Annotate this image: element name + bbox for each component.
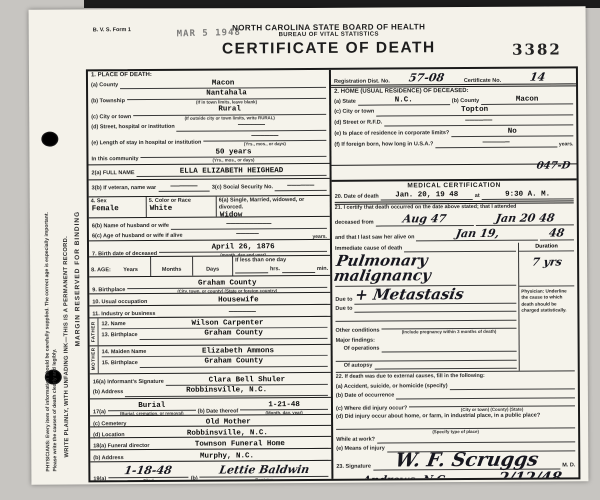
registration-district-value: 57-08: [408, 72, 445, 83]
medical-certification-heading: MEDICAL CERTIFICATION: [332, 180, 577, 189]
last-alive-value: Jan 19,: [455, 228, 500, 239]
age-min-blank: [282, 266, 315, 273]
spouse-age-value: —————: [184, 230, 310, 240]
township-label: (b) Township: [91, 98, 125, 105]
while-at-work-label: While at work?: [336, 437, 375, 444]
section-residence: 2. HOME (USUAL RESIDENCE) OF DECEASED: (…: [331, 86, 576, 165]
mother-birthplace-label: 15. Birthplace: [102, 360, 138, 367]
mother-name-value: Elizabeth Ammons: [148, 346, 327, 355]
certify-from-label: deceased from: [335, 220, 374, 227]
city-label: (c) City or town: [91, 114, 131, 121]
external-d-note: (Specify type of place): [336, 429, 575, 436]
operations-label: Of operations: [344, 346, 380, 353]
full-name-value: ELLA ELIZABETH HEIGHEAD: [137, 166, 327, 176]
age-months-label: Months: [162, 267, 182, 273]
punch-hole: [41, 132, 58, 147]
autopsy-label: Of autopsy: [344, 363, 373, 370]
certificate-form: 1. PLACE OF DEATH: (a) County Macon (b) …: [86, 66, 581, 482]
major-findings-label: Major findings:: [336, 336, 517, 344]
residence-county-label: (b) County: [452, 98, 480, 105]
veteran-label: 3(b) If veteran, name war: [92, 185, 157, 193]
race-cell: 5. Color or Race White: [147, 197, 217, 217]
scanned-certificate-root: MARGIN RESERVED FOR BINDING WRITE PLAINL…: [0, 0, 600, 500]
external-a-label: (a) Accident, suicide, or homicide (spec…: [336, 383, 448, 391]
other-conditions-note: (Include pregnancy within 3 months of de…: [382, 329, 517, 335]
father-name-label: 12. Name: [101, 321, 125, 328]
registrar-note: Register: [200, 477, 329, 481]
left-column: 1. PLACE OF DEATH: (a) County Macon (b) …: [88, 70, 333, 480]
certificate-paper: MARGIN RESERVED FOR BINDING WRITE PLAINL…: [29, 6, 589, 484]
physician-signature-label: 23. Signature: [336, 463, 371, 470]
cause-extra-blank: [335, 313, 516, 321]
street-value: ——————: [177, 121, 327, 131]
place-of-death-heading: 1. PLACE OF DEATH:: [91, 71, 326, 78]
age-years-cell: 8. AGE: Years 71: [89, 257, 151, 276]
mother-side-label: MOTHER: [90, 346, 99, 373]
father-side-label: FATHER: [89, 318, 98, 345]
residence-corporate-value: No: [451, 127, 573, 137]
row-age: 8. AGE: Years 71 Months 8 Days 24 If les…: [89, 256, 330, 277]
burial-type-value: Burial: [108, 401, 196, 411]
residence-foreign-value: ——————: [435, 138, 557, 148]
attended-to-value: Jan 20 48: [495, 213, 555, 224]
section-place-of-death: 1. PLACE OF DEATH: (a) County Macon (b) …: [88, 70, 330, 165]
county-label: (a) County: [91, 82, 118, 89]
certify-last-label: and that I last saw her alive on: [335, 234, 415, 242]
age-days-label: Days: [206, 267, 219, 273]
death-at-label: at: [475, 193, 480, 200]
residence-city-label: (c) City or town: [334, 109, 374, 116]
death-date-value: Jan. 20, 19 48: [381, 190, 473, 200]
burial-date-value: 1-21-48: [240, 400, 328, 410]
section-informant: 16(a) Informant's Signature Clara Bell S…: [90, 373, 331, 399]
funeral-director-label: 18(a) Funeral director: [93, 443, 149, 450]
informant-address-value: Robbinsville, N.C.: [125, 386, 328, 396]
gap-row: 047-D: [332, 164, 577, 179]
row-sex-race-marital: 4. Sex Female 5. Color or Race White 6(a…: [89, 196, 330, 218]
residence-state-label: (a) State: [334, 98, 356, 105]
certificate-title: CERTIFICATE OF DEATH: [149, 39, 509, 59]
margin-binding-text: MARGIN RESERVED FOR BINDING: [74, 211, 82, 347]
row-birthplace: 9. Birthplace Graham County (City, town,…: [89, 276, 330, 294]
filed-date-value: 1-18-48: [124, 464, 173, 475]
age-less-label: If less than one day: [235, 257, 328, 265]
form-number: B. V. S. Form 1: [93, 27, 131, 33]
residence-county-value: Macon: [481, 95, 573, 105]
age-hrs-label: hrs.: [270, 266, 280, 273]
last-alive-year-value: 48: [548, 227, 565, 238]
section-medical-certification: MEDICAL CERTIFICATION 20. Date of death …: [332, 178, 579, 478]
father-birthplace-label: 13. Birthplace: [102, 332, 138, 339]
residence-corporate-label: (e) Is place of residence in corporate l…: [334, 130, 449, 138]
bureau-name: BUREAU OF VITAL STATISTICS: [149, 31, 509, 39]
section-mother: MOTHER 14. Maiden Name Elizabeth Ammons …: [90, 345, 331, 374]
mother-name-label: 14. Maiden Name: [102, 349, 147, 356]
margin-physicians-text: PHYSICIANS: Every item of information sh…: [44, 212, 52, 472]
registrar-signature: Lettie Baldwin: [218, 463, 310, 475]
due-to-blank-2: [354, 305, 516, 313]
marital-value: Widow: [219, 211, 328, 216]
md-label: M. D.: [562, 462, 575, 469]
street-label: (d) Street, hospital or institution: [91, 124, 174, 132]
community-label: In this community: [91, 157, 138, 164]
sex-value: Female: [91, 205, 144, 214]
attended-from-value: Aug 47: [402, 213, 447, 224]
row-burial: 17(a) Burial (Burial, cremation, or remo…: [90, 398, 331, 416]
row-birth-date: 7. Birth date of deceased April 26, 1876…: [89, 240, 330, 257]
due-to-label-2: Due to: [335, 306, 352, 313]
physician-address-value: Andrews, N.C.: [362, 475, 450, 479]
external-a-blank: [449, 382, 574, 390]
age-months-cell: Months 8: [151, 257, 193, 276]
certificate-header: NORTH CAROLINA STATE BOARD OF HEALTH BUR…: [149, 22, 509, 59]
occupation-label: 10. Usual occupation: [92, 299, 147, 306]
residence-state-value: N.C.: [358, 96, 450, 106]
physician-underline-note: Physician: Underline the cause to which …: [519, 286, 574, 316]
race-value: White: [149, 205, 214, 214]
age-min-label: min.: [317, 266, 328, 273]
operations-blank-2: [336, 354, 517, 362]
external-b-label: (b) Date of occurrence: [336, 392, 394, 399]
informant-address-label: (b) Address: [93, 389, 123, 396]
full-name-label: 2(a) FULL NAME: [92, 170, 135, 177]
spouse-value: ——————————: [171, 219, 327, 229]
age-less-cell: If less than one day hrs. min.: [233, 256, 330, 276]
residence-street-label: (d) Street or R.F.D.: [334, 120, 382, 127]
external-d-label: (d) Did injury occur about home, or farm…: [336, 412, 575, 422]
external-b-blank: [396, 391, 575, 399]
filed-note: Filed: [108, 477, 188, 480]
section-father: FATHER 12. Name Wilson Carpenter 13. Bir…: [89, 317, 330, 346]
marital-label: 6(a) Single, Married, widowed, or divorc…: [219, 197, 328, 212]
spouse-age-suffix: years.: [312, 233, 327, 239]
age-years-label: Years: [123, 267, 138, 273]
veteran-value: ——————: [158, 182, 210, 192]
margin-please-write-text: Please write the causes of death clearly…: [52, 349, 59, 472]
other-conditions-label: Other conditions: [336, 328, 380, 335]
operations-blank: [381, 345, 516, 353]
row-spouse: 6(b) Name of husband or wife —————————— …: [89, 217, 330, 241]
duration-label: Duration: [519, 243, 574, 252]
industry-label: 11. Industry or business: [92, 311, 155, 319]
death-date-label: 20. Date of death: [335, 193, 379, 200]
informant-signature-value: Clara Bell Shuler: [166, 375, 328, 385]
physician-signature-value: W. F. Scruggs: [394, 452, 539, 468]
death-time-value: 9:30 A. M.: [482, 190, 574, 200]
residence-foreign-label: (f) If foreign born, how long in U.S.A.?: [334, 141, 433, 149]
father-birthplace-value: Graham County: [140, 329, 328, 339]
residence-city-value: Topton: [376, 106, 573, 116]
ssn-label: 3(c) Social Security No.: [212, 184, 273, 192]
duration-sidebar: Duration 7 yrs Physician: Underline the …: [518, 243, 575, 372]
date-signed-value: 2/12/48: [498, 471, 564, 479]
certificate-serial-number: 3382: [512, 40, 562, 58]
row-registration: Registration Dist. No. 57-08 Certificate…: [331, 68, 576, 87]
father-name-value: Wilson Carpenter: [128, 318, 328, 327]
margin-write-plainly-text: WRITE PLAINLY, WITH UNFADING INK—THIS IS…: [63, 236, 70, 458]
registration-district-label: Registration Dist. No.: [334, 78, 390, 85]
cause-primary-value: Pulmonary malignancy: [333, 253, 519, 284]
right-column: Registration Dist. No. 57-08 Certificate…: [331, 68, 578, 478]
marital-cell: 6(a) Single, Married, widowed, or divorc…: [217, 196, 330, 217]
township-note: (If in town limits, leave blank): [127, 98, 326, 104]
county-value: Macon: [120, 78, 326, 89]
certificate-no-label: Certificate No.: [464, 77, 501, 84]
age-hrs-blank: [235, 267, 268, 274]
informant-signature-label: 16(a) Informant's Signature: [93, 378, 164, 386]
row-veteran-ssn: 3(b) If veteran, name war —————— 3(c) So…: [89, 179, 330, 197]
stay-label: (e) Length of stay in hospital or instit…: [91, 140, 201, 148]
residence-foreign-suffix: years.: [559, 141, 574, 147]
residence-street-value: ——————: [384, 116, 573, 126]
spouse-age-label: 6(c) Age of husband or wife if alive: [92, 233, 183, 241]
age-days-cell: Days 24: [193, 256, 233, 275]
city-note: (If outside city or town limits, write R…: [133, 114, 326, 120]
while-at-work-blank: [377, 435, 575, 443]
mother-birthplace-value: Graham County: [140, 357, 328, 367]
duration-value: 7 yrs: [531, 256, 563, 269]
community-note: (Yrs., mos., or days): [141, 157, 327, 163]
age-label: 8. AGE:: [91, 267, 111, 273]
stay-note: (Yrs., mos., or days): [203, 141, 326, 147]
sex-cell: 4. Sex Female: [89, 197, 147, 217]
registrar-label: (b): [191, 476, 198, 481]
spouse-label: 6(b) Name of husband or wife: [92, 222, 169, 230]
row-full-name: 2(a) FULL NAME ELLA ELIZABETH HEIGHEAD: [89, 164, 330, 180]
residence-heading: 2. HOME (USUAL RESIDENCE) OF DECEASED:: [334, 87, 573, 94]
funeral-director-address-label: (b) Address: [93, 455, 123, 462]
file-code-annotation: 047-D: [536, 160, 572, 171]
certificate-no-value: 14: [529, 71, 546, 82]
ssn-value: ——————: [275, 181, 327, 191]
external-causes-heading: 22. If death was due to external causes,…: [336, 373, 575, 382]
row-filing: 19(a) 1-18-48 Filed (b) Lettie Baldwin R…: [90, 461, 331, 480]
means-of-injury-label: (e) Means of injury: [336, 445, 385, 452]
filed-label: 19(a): [93, 476, 106, 480]
due-to-label-1: Due to: [335, 297, 352, 304]
cause-secondary-value: + Metastasis: [354, 287, 465, 303]
autopsy-blank: [374, 362, 516, 370]
